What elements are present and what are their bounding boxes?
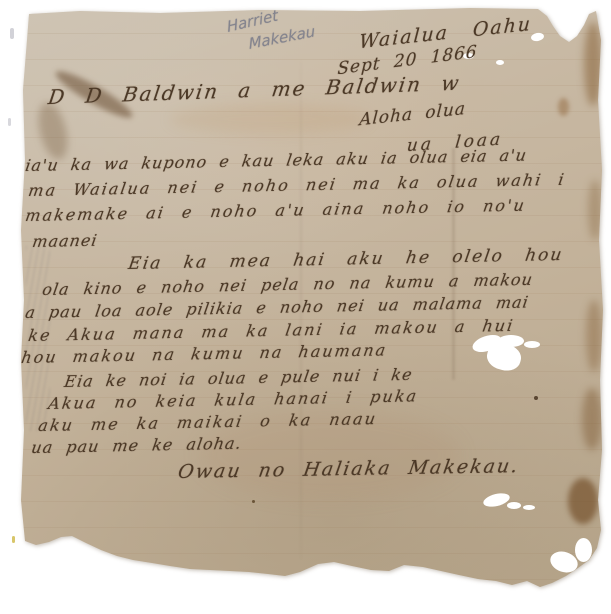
paper-hole — [524, 341, 540, 348]
letter-body-line: maanei — [31, 231, 99, 251]
paper-hole — [575, 538, 592, 562]
paper-wrap: Harriet Makekau Waialua Oahu Sept 20 186… — [0, 0, 611, 614]
right-edge-stain — [582, 388, 602, 450]
dark-fleck — [534, 396, 538, 400]
right-edge-stain — [588, 180, 602, 240]
scan-edge-artifact — [10, 28, 14, 39]
scan-edge-artifact — [12, 536, 15, 543]
paper-hole — [496, 60, 504, 65]
dark-fleck — [252, 500, 255, 503]
right-edge-stain — [558, 98, 569, 116]
paper-hole — [507, 502, 521, 509]
right-edge-stain — [584, 22, 602, 106]
letter-scan: Harriet Makekau Waialua Oahu Sept 20 186… — [0, 0, 611, 614]
right-edge-stain — [586, 300, 602, 372]
paper-hole — [498, 335, 524, 347]
scan-edge-artifact — [8, 118, 11, 126]
paper-hole — [523, 505, 535, 510]
faint-stain — [170, 104, 370, 134]
letter-paper: Harriet Makekau Waialua Oahu Sept 20 186… — [0, 0, 611, 614]
right-edge-stain — [568, 478, 598, 524]
